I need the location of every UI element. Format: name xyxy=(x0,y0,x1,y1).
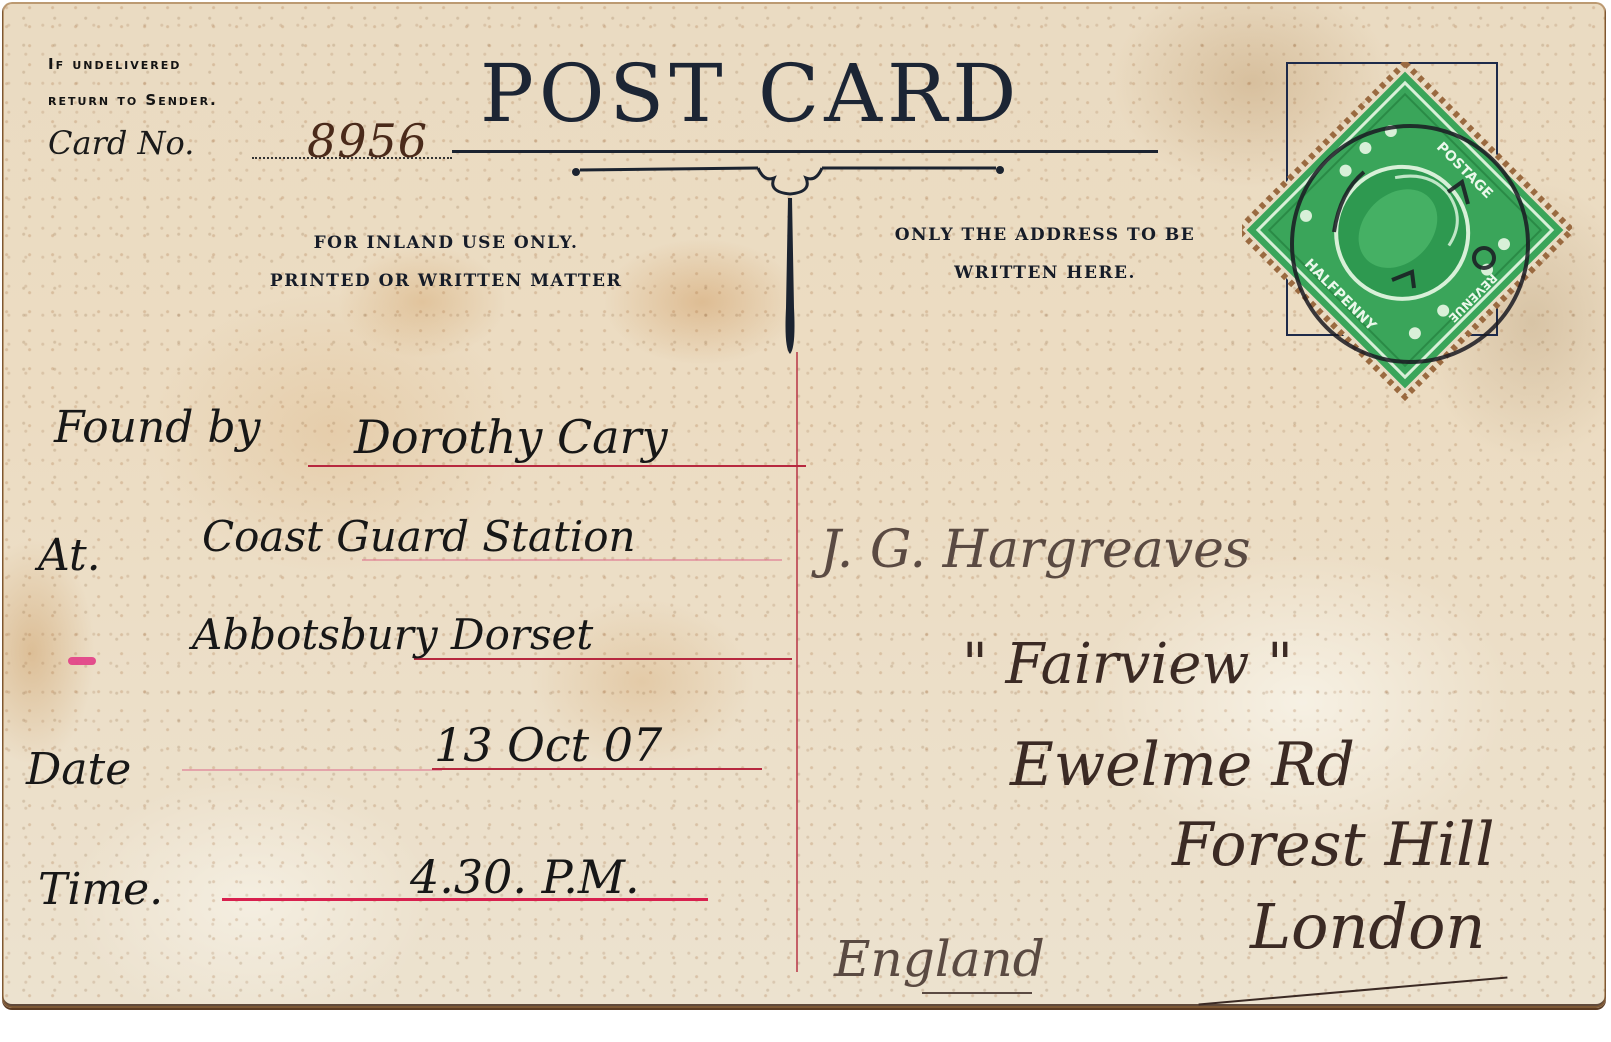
address-street: Ewelme Rd xyxy=(1010,730,1355,800)
at-value-line2: Abbotsbury Dorset xyxy=(192,610,593,659)
vertical-divider-line xyxy=(796,352,798,972)
inland-line1: FOR INLAND USE ONLY. xyxy=(220,224,672,262)
postage-stamp-icon: POSTAGE REVENUE HALFPENNY xyxy=(1242,62,1572,402)
address-country: England xyxy=(834,930,1045,988)
date-rule-faint xyxy=(182,769,442,771)
ink-blot xyxy=(68,657,96,665)
address-district: Forest Hill xyxy=(1172,810,1495,880)
return-note-line1: If undelivered xyxy=(48,46,218,82)
return-note-line2: return to Sender. xyxy=(48,82,218,118)
address-city: London xyxy=(1250,890,1485,963)
inland-use-notice: FOR INLAND USE ONLY. PRINTED OR WRITTEN … xyxy=(220,224,672,300)
address-house: " Fairview " xyxy=(962,632,1293,697)
address-name: J. G. Hargreaves xyxy=(820,520,1251,580)
found-by-value: Dorothy Cary xyxy=(354,410,668,464)
time-label: Time. xyxy=(38,864,163,915)
card-number-label: Card No. xyxy=(48,124,194,162)
time-value: 4.30. P.M. xyxy=(410,850,640,904)
address-country-underline xyxy=(922,992,1032,994)
address-notice-line2: WRITTEN HERE. xyxy=(850,254,1240,292)
address-city-underline xyxy=(1199,976,1508,1005)
found-by-label: Found by xyxy=(54,402,260,453)
date-label: Date xyxy=(26,744,131,795)
found-by-rule xyxy=(308,465,806,467)
return-to-sender-note: If undelivered return to Sender. xyxy=(48,46,218,118)
page-title: POST CARD xyxy=(480,54,1021,134)
at-label: At. xyxy=(38,530,101,581)
address-notice-line1: ONLY THE ADDRESS TO BE xyxy=(850,216,1240,254)
date-value: 13 Oct 07 xyxy=(434,718,662,772)
card-number-value: 8956 xyxy=(307,114,428,168)
inland-line2: PRINTED OR WRITTEN MATTER xyxy=(220,262,672,300)
address-only-notice: ONLY THE ADDRESS TO BE WRITTEN HERE. xyxy=(850,216,1240,292)
postcard-back: If undelivered return to Sender. Card No… xyxy=(2,2,1606,1008)
at-value-line1: Coast Guard Station xyxy=(202,512,636,561)
title-rule xyxy=(452,150,1158,153)
